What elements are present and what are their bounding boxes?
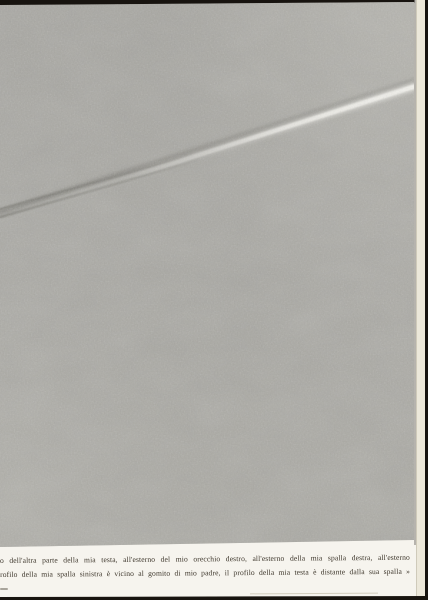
photo-caption: o dell'altra parte della mia testa, all'… [0, 551, 410, 581]
page-edge-strip [416, 0, 425, 600]
photograph [0, 0, 414, 548]
scan-bottom-edge [0, 596, 428, 600]
scan-speck [0, 588, 8, 590]
mottle-overlay [0, 0, 414, 548]
underpage-hairline [250, 593, 378, 595]
photo-canvas [0, 0, 414, 548]
caption-line-2: rofilo della mia spalla sinistra è vicin… [0, 564, 410, 581]
scanned-book-page: o dell'altra parte della mia testa, all'… [0, 0, 428, 600]
scan-right-edge [425, 0, 428, 600]
